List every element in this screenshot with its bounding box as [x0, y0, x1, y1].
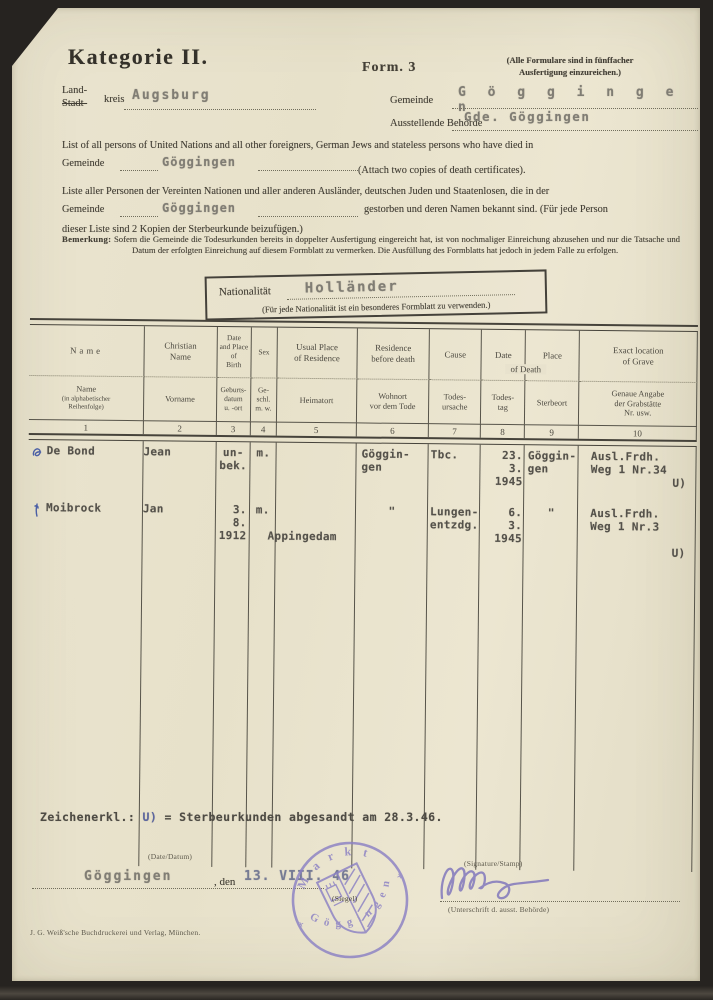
de-name: Name — [76, 384, 96, 394]
legend-line: Zeichenerkl.: U) = Sterbeurkunden abgesa… — [40, 810, 443, 824]
cell-wohnort: Göggin- gen — [356, 447, 429, 487]
col-header-de-todesursache: Todes- ursache — [429, 379, 482, 424]
cell-vorname: Jean — [143, 445, 216, 485]
de-name-sub: (in alphabetischer Reihenfolge) — [62, 396, 111, 413]
col-header-de-sterbeort: Sterbeort — [525, 380, 580, 425]
grave-value: Ausl.Frdh. Weg 1 Nr.3 — [590, 507, 660, 534]
ruled-segment — [258, 216, 358, 217]
intro-german: Liste aller Personen der Vereinten Natio… — [62, 185, 680, 237]
ruled-segment — [120, 216, 158, 217]
legend-label: Zeichenerkl.: — [40, 810, 135, 824]
col-num: 7 — [429, 423, 481, 438]
col-header-en-birth: Date and Place of Birth — [217, 327, 252, 377]
col-header-en-christian-name: Christian Name — [144, 326, 217, 377]
cell-birth: 3. 8. 1912 — [215, 503, 250, 556]
cell-cause: Lungen- entzdg. — [428, 505, 481, 558]
col-header-de-geburtsdatum: Geburts- datum u. -ort — [217, 377, 252, 421]
ruled-segment — [258, 170, 358, 171]
cell-name: Moibrock — [28, 501, 143, 555]
nationality-box: Nationalität Holländer (Für jede Nationa… — [205, 269, 548, 320]
grave-mark: U) — [590, 546, 696, 560]
intro-de-gemeinde-value: Göggingen — [162, 200, 236, 216]
col-header-de-wohnort: Wohnort vor dem Tode — [357, 378, 430, 423]
table-row: Moibrock Jan 3. 8. 1912 m. Appingedam " … — [28, 501, 697, 561]
col-header-de-name: Name (in alphabetischer Reihenfolge) — [29, 375, 144, 420]
cell-sex: m. — [250, 446, 276, 486]
name-value: De Bond — [47, 444, 96, 458]
col-header-de-grabstaette: Genaue Angabe der Grabstätte Nr. usw. — [579, 381, 697, 426]
cell-grave: Ausl.Frdh. Weg 1 Nr.34 U) — [579, 450, 697, 491]
col-header-en-usual-place: Usual Place of Residence — [277, 328, 358, 379]
svg-text:+: + — [395, 870, 406, 884]
cell-death-date: 23. 3. 1945 — [480, 449, 524, 489]
den-label: , den — [214, 876, 235, 888]
form-paper: Kategorie II. Form. 3 (Alle Formulare si… — [12, 8, 700, 981]
col-num: 1 — [29, 419, 144, 434]
intro-german-line1: Liste aller Personen der Vereinten Natio… — [62, 186, 549, 197]
remark-text: Sofern die Gemeinde die Todesurkunden be… — [114, 234, 680, 255]
land-label: Land- — [62, 85, 87, 96]
cell-grave: Ausl.Frdh. Weg 1 Nr.3 U) — [578, 507, 696, 561]
siegel-label: (Siegel) — [332, 894, 357, 903]
col-num: 3 — [216, 421, 250, 435]
col-header-en-cause: Cause — [429, 329, 482, 380]
legend-text: = Sterbeurkunden abgesandt am 28.3.46. — [165, 810, 443, 824]
table-row: De Bond Jean un- bek. m. Göggin- gen Tbc… — [28, 444, 696, 491]
table-body: De Bond Jean un- bek. m. Göggin- gen Tbc… — [24, 440, 696, 872]
remark-label: Bemerkung: — [62, 234, 111, 244]
scanned-document-page: { "header": { "category": "Kategorie II.… — [0, 0, 713, 1000]
col-header-de-geschlecht: Ge- schl. m. w. — [251, 377, 278, 421]
date-datum-label: (Date/Datum) — [148, 852, 192, 861]
kreis-value-stamp: Augsburg — [132, 88, 211, 103]
nationality-row: Nationalität Holländer — [217, 276, 535, 303]
intro-en-gemeinde-value: Göggingen — [162, 154, 236, 170]
table-header-english: Name Christian Name Date and Place of Bi… — [29, 325, 697, 382]
ruled-segment — [120, 170, 158, 171]
scanner-bed-edge — [0, 986, 713, 1000]
col-num: 2 — [144, 420, 217, 435]
cell-birth: un- bek. — [216, 446, 250, 486]
stadt-label-struck: Stadt- — [62, 98, 87, 109]
col-header-en-sex: Sex — [251, 327, 278, 377]
col-num: 4 — [251, 421, 277, 435]
pen-mark-icon — [32, 445, 44, 459]
behoerde-ruled-line — [452, 130, 698, 131]
intro-de-gemeinde-label: Gemeinde — [62, 203, 104, 217]
col-header-de-todestag: Todes- tag — [481, 380, 526, 424]
handwritten-signature — [436, 856, 556, 908]
printer-imprint: J. G. Weiß'sche Buchdruckerei und Verlag… — [30, 928, 200, 937]
place-stamp: Göggingen — [84, 869, 172, 884]
cell-wohnort: " — [355, 504, 428, 557]
col-header-en-residence: Residence before death — [357, 328, 430, 379]
behoerde-value-stamp: Gde. Göggingen — [464, 109, 590, 124]
intro-de-line2: gestorben und deren Namen bekannt sind. … — [364, 203, 608, 217]
remark-paragraph: Bemerkung: Sofern die Gemeinde die Todes… — [62, 234, 680, 257]
grave-value: Ausl.Frdh. Weg 1 Nr.34 — [591, 450, 667, 477]
col-num: 5 — [277, 422, 357, 437]
intro-english-line1: List of all persons of United Nations an… — [62, 140, 533, 151]
nationality-label: Nationalität — [219, 285, 271, 298]
copies-note: (Alle Formulare sind in fünffacher Ausfe… — [456, 55, 684, 78]
cell-vorname: Jan — [142, 502, 215, 555]
intro-english: List of all persons of United Nations an… — [62, 139, 680, 174]
col-header-en-name: Name — [29, 325, 144, 376]
pen-mark-icon — [31, 502, 43, 518]
col-num: 10 — [579, 425, 697, 440]
category-title: Kategorie II. — [68, 44, 208, 70]
col-num: 8 — [481, 424, 525, 438]
table-header-german: Name (in alphabetischer Reihenfolge) Vor… — [29, 375, 697, 426]
legend-mark: U) — [143, 810, 158, 824]
cell-death-date: 6. 3. 1945 — [480, 506, 525, 559]
kreis-label: kreis — [104, 94, 124, 105]
col-header-de-vorname: Vorname — [144, 376, 217, 421]
intro-german-gemeinde-row: Gemeinde Göggingen gestorben und deren N… — [62, 201, 680, 220]
form-number: Form. 3 — [362, 60, 416, 76]
col-num: 6 — [357, 422, 429, 437]
nationality-value-stamp: Holländer — [305, 279, 399, 297]
attach-note: (Attach two copies of death certificates… — [358, 164, 526, 178]
of-death-span-label: of Death — [505, 364, 546, 374]
gemeinde-label: Gemeinde — [390, 95, 433, 106]
name-value: Moibrock — [46, 501, 102, 515]
cell-name: De Bond — [28, 444, 143, 485]
col-header-de-heimatort: Heimatort — [277, 378, 358, 423]
cell-heimatort: Appingedam — [267, 529, 347, 556]
intro-en-gemeinde-label: Gemeinde — [62, 157, 104, 171]
cell-cause: Tbc. — [428, 448, 481, 488]
col-header-en-grave: Exact location of Grave — [580, 331, 698, 382]
col-num: 9 — [525, 424, 579, 439]
kreis-ruled-line — [124, 109, 316, 110]
cell-death-place: Göggin- gen — [525, 449, 580, 489]
intro-english-gemeinde-row: Gemeinde Göggingen (Attach two copies of… — [62, 155, 680, 174]
landkreis-label: Land- Stadt- — [62, 85, 87, 109]
grave-mark: U) — [591, 476, 697, 490]
svg-text:+: + — [296, 918, 307, 932]
cell-heimatort — [276, 447, 357, 487]
cell-death-place: " — [524, 506, 579, 559]
persons-table: Name Christian Name Date and Place of Bi… — [24, 318, 698, 872]
